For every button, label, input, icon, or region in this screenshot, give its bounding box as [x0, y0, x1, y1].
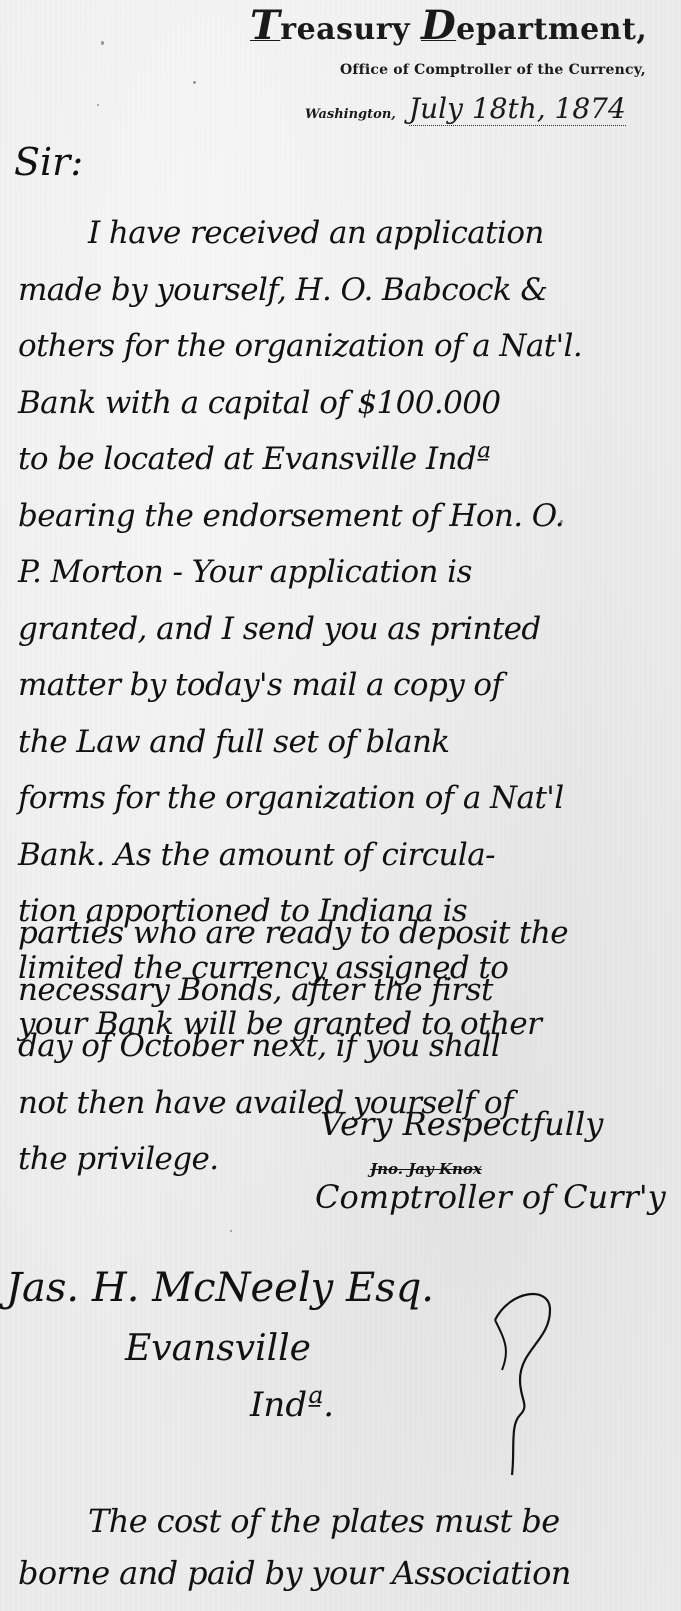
letterhead-initial-d: D — [421, 2, 456, 49]
body-line: the Law and full set of blank — [18, 714, 678, 771]
flourish-brace-icon — [490, 1280, 560, 1480]
paper-speck — [101, 41, 104, 45]
addressee-state: Indª. — [250, 1385, 334, 1425]
letterhead-word-treasury: reasury — [280, 12, 421, 47]
postscript-line: borne and paid by your Association — [18, 1547, 571, 1599]
body-line: parties who are ready to deposit the — [18, 905, 678, 962]
addressee-city: Evansville — [125, 1328, 311, 1369]
body-line: made by yourself, H. O. Babcock & — [18, 262, 678, 319]
body-line: others for the organization of a Nat'l. — [18, 318, 678, 375]
body-line: bearing the endorsement of Hon. O. — [18, 488, 678, 545]
paper-speck — [97, 104, 99, 106]
dateline-place: Washington, — [305, 107, 396, 122]
salutation: Sir: — [14, 140, 83, 184]
letterhead-initial-t: T — [250, 2, 280, 49]
closing: Very Respectfully — [320, 1105, 603, 1143]
body-line: necessary Bonds, after the first — [18, 962, 678, 1019]
dateline-date: July 18th, 1874 — [409, 92, 626, 126]
paper-speck — [230, 1230, 232, 1232]
paper-speck — [193, 81, 196, 84]
body-line: Bank. As the amount of circula- — [18, 827, 678, 884]
letterhead-word-department: epartment, — [456, 12, 647, 47]
letter-page: Treasury Department, Office of Comptroll… — [0, 0, 681, 1611]
postscript-line: The cost of the plates must be — [18, 1495, 571, 1547]
addressee-name: Jas. H. McNeely Esq. — [6, 1265, 434, 1311]
body-line: forms for the organization of a Nat'l — [18, 770, 678, 827]
signature: Jno. Jay Knox — [370, 1160, 482, 1178]
body-line: matter by today's mail a copy of — [18, 657, 678, 714]
signature-title: Comptroller of Curr'y — [315, 1178, 666, 1216]
letterhead-title: Treasury Department, — [250, 2, 647, 49]
body-line: to be located at Evansville Indª — [18, 431, 678, 488]
postscript: The cost of the plates must be borne and… — [18, 1495, 571, 1599]
letterhead-office: Office of Comptroller of the Currency, — [340, 62, 646, 78]
letter-body-continued: parties who are ready to deposit the nec… — [18, 905, 678, 1188]
body-line: granted, and I send you as printed — [18, 601, 678, 658]
body-line: day of October next, if you shall — [18, 1018, 678, 1075]
body-line: P. Morton - Your application is — [18, 544, 678, 601]
body-line: I have received an application — [18, 205, 678, 262]
dateline: Washington, July 18th, 1874 — [305, 92, 626, 125]
body-line: Bank with a capital of $100.000 — [18, 375, 678, 432]
